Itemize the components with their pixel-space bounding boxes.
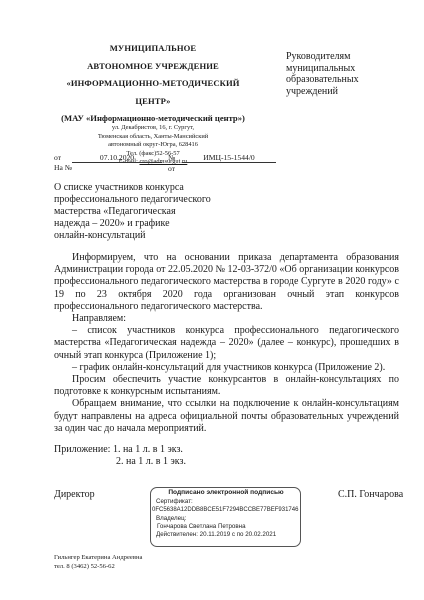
attachment-1: 1. на 1 л. в 1 экз. [113, 444, 183, 455]
letterhead: МУНИЦИПАЛЬНОЕ АВТОНОМНОЕ УЧРЕЖДЕНИЕ «ИНФ… [48, 40, 258, 167]
reply-number-label: На № [54, 163, 72, 172]
executor-block: Гильнгер Екатерина Андреевна тел. 8 (346… [54, 554, 142, 571]
org-name-line-4: ЦЕНТР» [48, 93, 258, 111]
reply-from-label: от [168, 164, 175, 173]
executor-phone: тел. 8 (3462) 52-56-62 [54, 563, 142, 572]
outgoing-number: ИМЦ-15-1544/0 [182, 153, 276, 163]
attachments-block: Приложение: 1. на 1 л. в 1 экз. 2. на 1 … [54, 444, 186, 468]
recipient-line-2: муниципальных [286, 63, 406, 75]
address-line-2: Тюменская область, Ханты-Мансийский [48, 133, 258, 142]
subject-line-3: мастерства «Педагогическая [54, 206, 254, 218]
outgoing-row: от 07.10.2020 № ИМЦ-15-1544/0 [54, 153, 284, 163]
org-name-line-1: МУНИЦИПАЛЬНОЕ [48, 40, 258, 58]
address-line-3: автономный округ-Югра, 628416 [48, 141, 258, 150]
cert-value: 0FC5638A12DDB8BCE51F7294BCCBE77BEF931746 [152, 506, 300, 514]
attachment-2: 2. на 1 л. в 1 экз. [54, 456, 186, 468]
number-label: № [168, 153, 175, 162]
recipient-line-1: Руководителям [286, 51, 406, 63]
stamp-title: Подписано электронной подписью [156, 489, 300, 497]
cert-label: Сертификат: [156, 498, 300, 506]
org-name-line-2: АВТОНОМНОЕ УЧРЕЖДЕНИЕ [48, 58, 258, 76]
subject-line-4: надежда – 2020» и графике [54, 218, 254, 230]
signer-name: С.П. Гончарова [338, 489, 403, 500]
paragraph-list-item-1: – список участников конкурса профессиона… [54, 325, 399, 362]
validity: Действителен: 20.11.2019 с по 20.02.2021 [156, 531, 300, 539]
letter-body: Информируем, что на основании приказа де… [54, 252, 399, 435]
from-label: от [54, 153, 61, 162]
owner-label: Владелец: [156, 515, 300, 523]
recipient-line-4: учреждений [286, 86, 406, 98]
address-line-1: ул. Декабристов, 16, г. Сургут, [48, 124, 258, 133]
subject-block: О списке участников конкурса профессиона… [54, 182, 254, 242]
subject-line-2: профессионального педагогического [54, 194, 254, 206]
recipient-block: Руководителям муниципальных образователь… [286, 51, 406, 97]
subject-line-5: онлайн-консультаций [54, 230, 254, 242]
attachments-label: Приложение: [54, 444, 113, 455]
org-abbreviation: (МАУ «Информационно-методический центр») [48, 112, 258, 124]
recipient-line-3: образовательных [286, 74, 406, 86]
executor-name: Гильнгер Екатерина Андреевна [54, 554, 142, 563]
registration-block: от 07.10.2020 № ИМЦ-15-1544/0 На № от [54, 153, 284, 173]
owner-value: Гончарова Светлана Петровна [156, 523, 300, 531]
subject-line-1: О списке участников конкурса [54, 182, 254, 194]
signer-position: Директор [54, 489, 95, 500]
paragraph-inform: Информируем, что на основании приказа де… [54, 252, 399, 313]
paragraph-notice: Обращаем внимание, что ссылки на подключ… [54, 398, 399, 435]
paragraph-request: Просим обеспечить участие конкурсантов в… [54, 374, 399, 398]
paragraph-sending: Направляем: [54, 313, 399, 325]
org-name-line-3: «ИНФОРМАЦИОННО-МЕТОДИЧЕСКИЙ [48, 75, 258, 93]
e-signature-stamp: Подписано электронной подписью Сертифика… [150, 487, 301, 547]
outgoing-date: 07.10.2020 [72, 153, 162, 163]
paragraph-list-item-2: – график онлайн-консультаций для участни… [54, 362, 399, 374]
reply-row: На № от [54, 163, 284, 173]
